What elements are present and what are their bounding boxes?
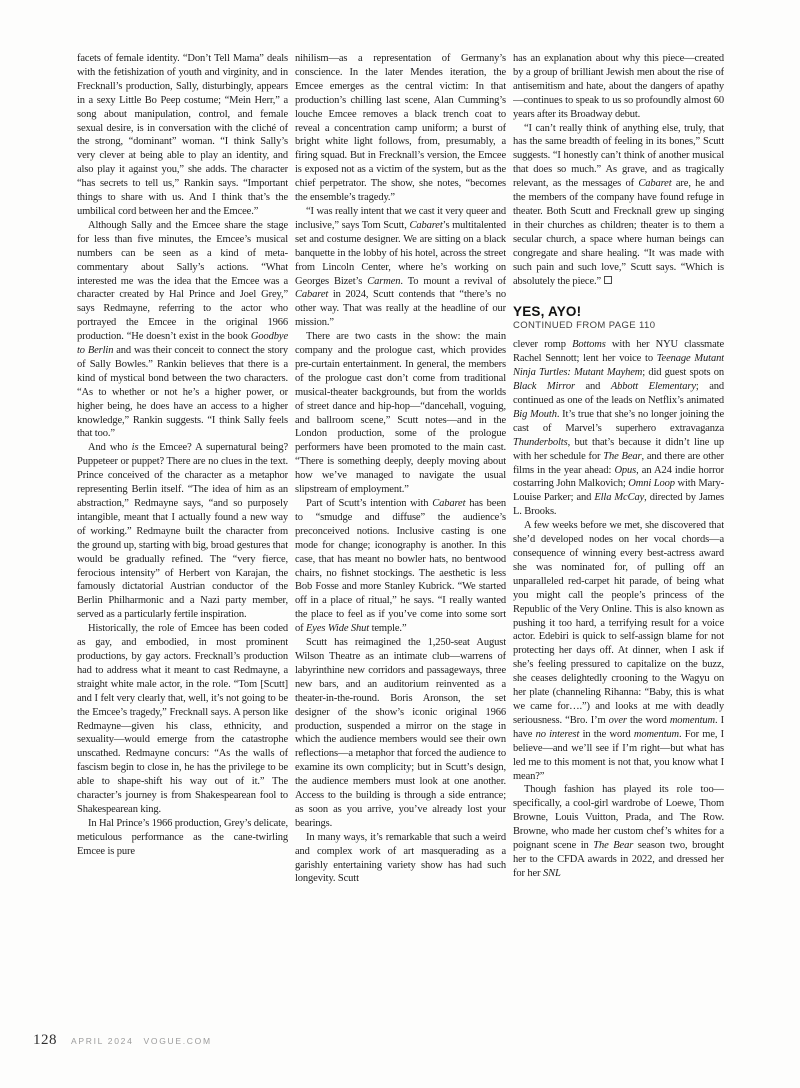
body-paragraph: There are two casts in the show: the mai… <box>295 330 506 497</box>
body-paragraph: In Hal Prince’s 1966 production, Grey’s … <box>77 817 288 859</box>
body-paragraph: And who is the Emcee? A supernatural bei… <box>77 441 288 622</box>
article-column-2: nihilism—as a representation of Germany’… <box>295 52 506 1032</box>
continuation-subheading: CONTINUED FROM PAGE 110 <box>513 320 724 332</box>
body-paragraph: has an explanation about why this piece—… <box>513 52 724 122</box>
body-paragraph: “I was really intent that we cast it ver… <box>295 205 506 330</box>
body-paragraph: Though fashion has played its role too—s… <box>513 783 724 880</box>
footer-site: VOGUE.COM <box>144 1036 212 1046</box>
body-paragraph: “I can’t really think of anything else, … <box>513 122 724 289</box>
page-footer: 128 APRIL 2024 VOGUE.COM <box>33 1032 212 1049</box>
body-paragraph: Although Sally and the Emcee share the s… <box>77 219 288 442</box>
body-paragraph: Scutt has reimagined the 1,250-seat Augu… <box>295 636 506 831</box>
page-number: 128 <box>33 1032 57 1049</box>
continuation-heading: YES, AYO! <box>513 304 724 319</box>
end-of-article-mark <box>604 276 612 284</box>
body-paragraph: A few weeks before we met, she discovere… <box>513 519 724 783</box>
body-paragraph: clever romp Bottoms with her NYU classma… <box>513 338 724 519</box>
magazine-page: facets of female identity. “Don’t Tell M… <box>77 52 724 1032</box>
body-paragraph: In many ways, it’s remarkable that such … <box>295 831 506 887</box>
body-paragraph: Part of Scutt’s intention with Cabaret h… <box>295 497 506 636</box>
body-paragraph: nihilism—as a representation of Germany’… <box>295 52 506 205</box>
article-column-3: has an explanation about why this piece—… <box>513 52 724 1032</box>
article-columns: facets of female identity. “Don’t Tell M… <box>77 52 724 1032</box>
body-paragraph: Historically, the role of Emcee has been… <box>77 622 288 817</box>
article-column-1: facets of female identity. “Don’t Tell M… <box>77 52 288 1032</box>
body-paragraph: facets of female identity. “Don’t Tell M… <box>77 52 288 219</box>
footer-month-year: APRIL 2024 <box>71 1036 134 1046</box>
